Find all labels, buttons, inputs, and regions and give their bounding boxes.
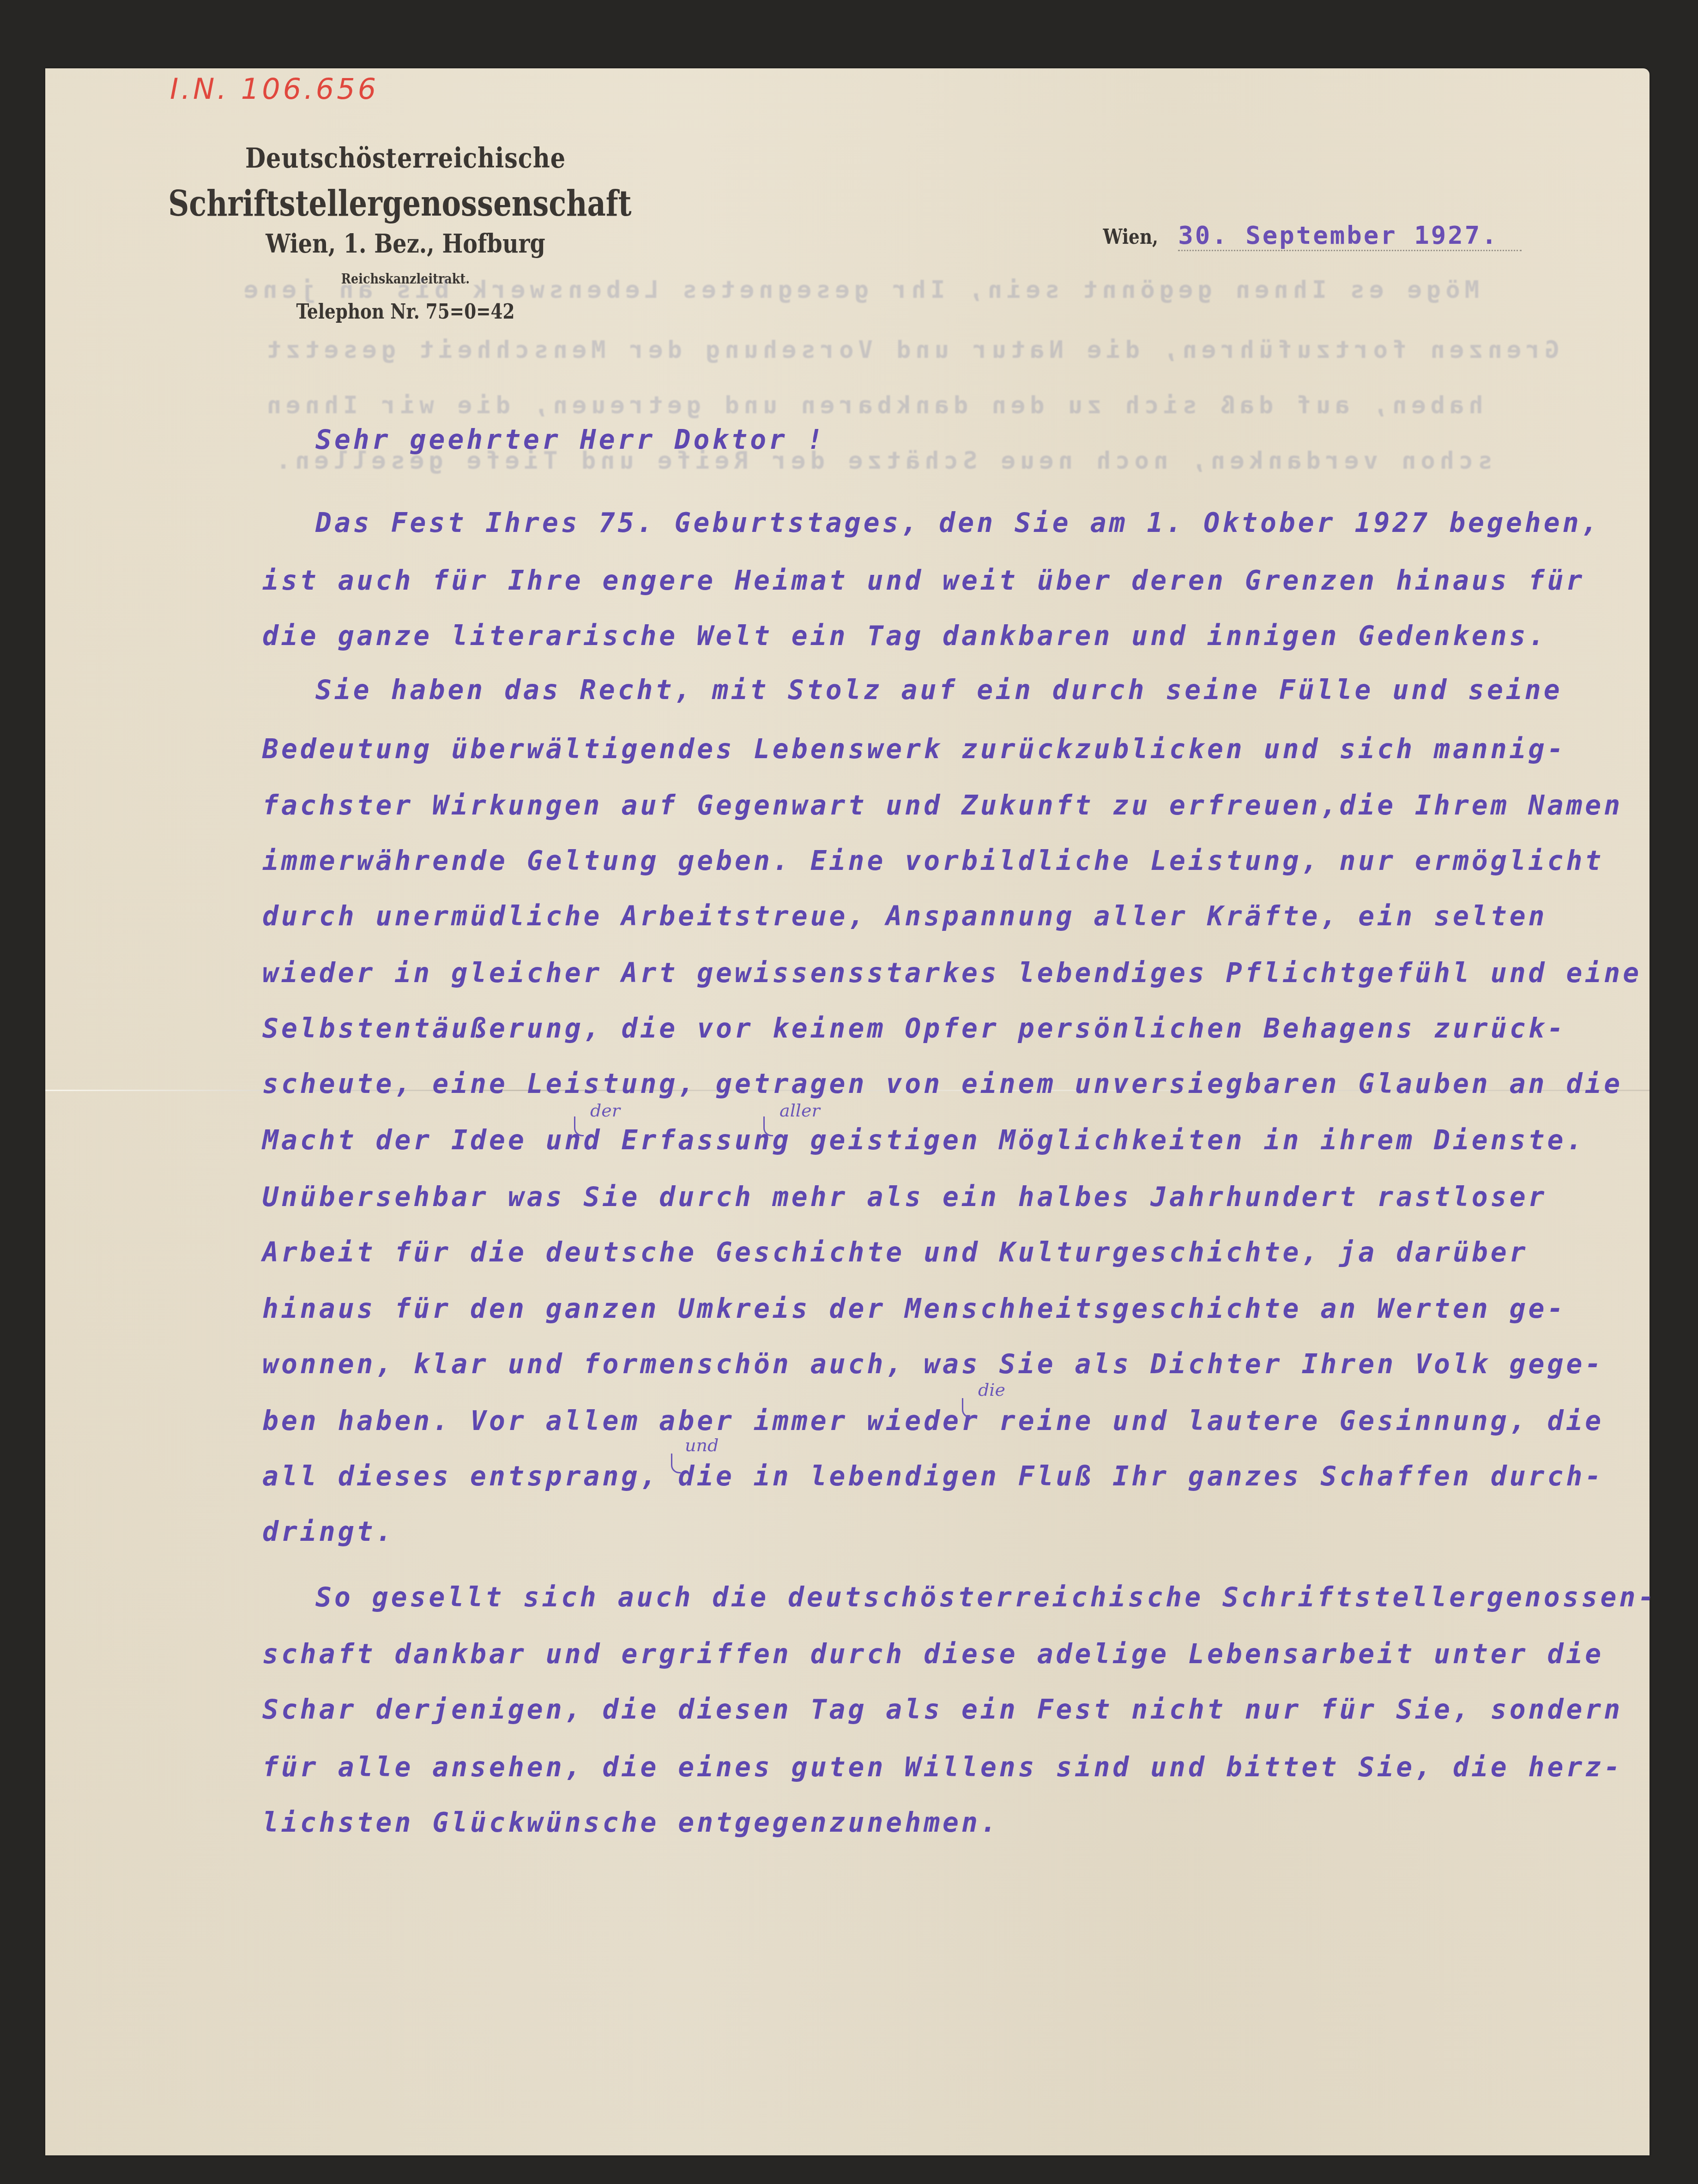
bleed-through-line: haben, auf daß sich zu den dankbaren und… — [262, 392, 1483, 419]
letter-line: wieder in gleicher Art gewissensstarkes … — [262, 957, 1642, 989]
letter-line: immerwährende Geltung geben. Eine vorbil… — [262, 845, 1604, 876]
handwritten-insertion: und — [685, 1435, 719, 1455]
letter-line: die ganze literarische Welt ein Tag dank… — [262, 620, 1547, 652]
letter-line: scheute, eine Leistung, getragen von ein… — [262, 1068, 1623, 1099]
letterhead-org-line1: Deutschösterreichische — [186, 142, 625, 175]
dateline-place: Wien, — [1103, 225, 1159, 249]
bleed-through-line: Möge es Ihnen gegönnt sein, Ihr gesegnet… — [239, 276, 1479, 304]
archive-number-stamp: I.N. 106.656 — [170, 72, 379, 106]
letter-line: ben haben. Vor allem aber immer wieder r… — [262, 1405, 1604, 1436]
handwritten-insertion: die — [978, 1380, 1005, 1400]
letter-line: für alle ansehen, die eines guten Willen… — [262, 1751, 1623, 1783]
salutation: Sehr geehrter Herr Doktor ! — [315, 424, 826, 455]
bleed-through-line: Grenzen fortzuführen, die Natur und Vors… — [262, 336, 1559, 364]
letter-line: Sie haben das Recht, mit Stolz auf ein d… — [315, 674, 1563, 706]
letter-line: Arbeit für die deutsche Geschichte und K… — [262, 1237, 1529, 1268]
dateline-date: 30. September 1927. — [1178, 221, 1522, 251]
letter-line: Macht der Idee und Erfassung geistigen M… — [262, 1124, 1585, 1156]
letter-line: all dieses entsprang, die in lebendigen … — [262, 1460, 1604, 1492]
letter-line: schaft dankbar und ergriffen durch diese… — [262, 1638, 1604, 1670]
letter-line: Bedeutung überwältigendes Lebenswerk zur… — [262, 733, 1566, 765]
handwritten-insertion: aller — [780, 1100, 820, 1121]
letter-line: fachster Wirkungen auf Gegenwart und Zuk… — [262, 790, 1623, 821]
letter-line: wonnen, klar und formenschön auch, was S… — [262, 1348, 1604, 1380]
letter-line: lichsten Glückwünsche entgegenzunehmen. — [262, 1807, 999, 1838]
letter-line: ist auch für Ihre engere Heimat und weit… — [262, 565, 1585, 596]
dateline: Wien, 30. September 1927. — [1098, 221, 1522, 250]
letter-line: Schar derjenigen, die diesen Tag als ein… — [262, 1694, 1623, 1725]
letter-sheet: I.N. 106.656 Deutschösterreichische Schr… — [45, 68, 1650, 2155]
handwritten-insertion: der — [590, 1100, 620, 1121]
letter-line: dringt. — [262, 1516, 394, 1547]
letter-line: Selbstentäußerung, die vor keinem Opfer … — [262, 1013, 1566, 1044]
letterhead-address: Wien, 1. Bez., Hofburg — [186, 229, 625, 259]
letterhead-org-line2: Schriftstellergenossenschaft — [168, 183, 615, 224]
letter-line: hinaus für den ganzen Umkreis der Mensch… — [262, 1293, 1566, 1324]
letter-line: So gesellt sich auch die deutschösterrei… — [315, 1581, 1657, 1613]
letter-line: durch unermüdliche Arbeitstreue, Anspann… — [262, 900, 1547, 932]
letter-line: Unübersehbar was Sie durch mehr als ein … — [262, 1181, 1547, 1213]
letter-line: Das Fest Ihres 75. Geburtstages, den Sie… — [315, 507, 1601, 538]
